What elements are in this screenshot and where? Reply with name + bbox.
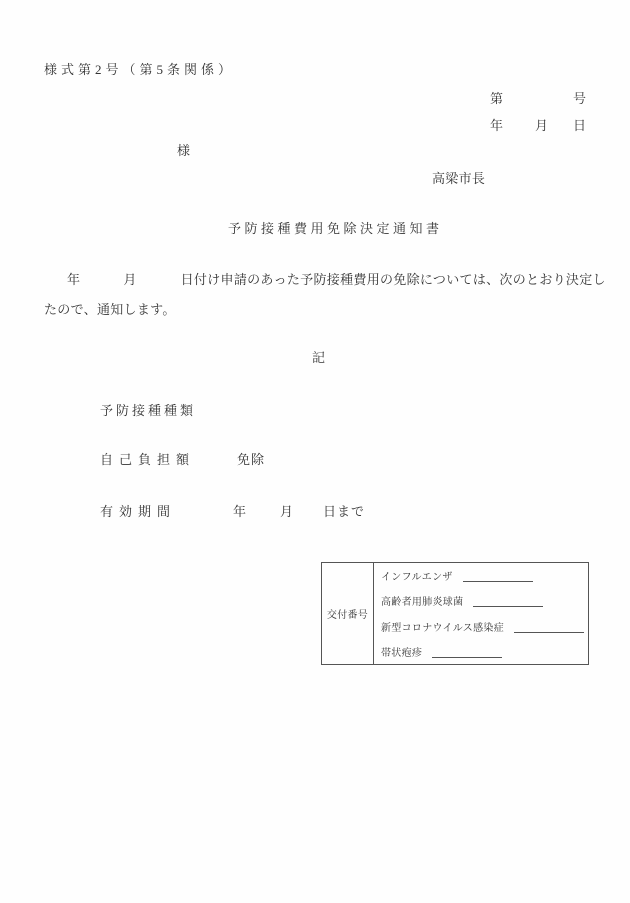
document-title: 予防接種費用免除決定通知書 — [228, 222, 443, 237]
vaccine-list-cell: インフルエンザ 高齢者用肺炎球菌 新型コロナウイルス感染症 帯状疱疹 — [374, 563, 588, 664]
vaccine-type-label: 予防接種種類 — [100, 404, 196, 419]
date-month-label: 月 — [535, 119, 549, 134]
vaccine-name-influenza: インフルエンザ — [381, 568, 453, 583]
issue-number-label: 交付番号 — [327, 606, 368, 621]
vaccine-row-pneumococcal: 高齢者用肺炎球菌 — [381, 588, 588, 613]
form-number-label: 様式第2号（第5条関係） — [44, 63, 235, 78]
body-year-blank — [80, 283, 123, 284]
validity-day-label: 日まで — [323, 505, 365, 520]
body-month-label: 月 — [123, 272, 136, 287]
date-day-label: 日 — [573, 119, 587, 134]
fill-in-blank-influenza — [463, 569, 533, 582]
vaccine-name-shingles: 帯状疱疹 — [381, 644, 422, 659]
body-text-line2: たので、通知します。 — [44, 303, 176, 318]
doc-number-prefix-label: 第 — [490, 92, 504, 107]
fill-in-blank-covid19 — [514, 620, 584, 633]
sender-name: 高梁市長 — [432, 172, 485, 187]
section-marker: 記 — [312, 351, 326, 366]
copayment-label: 自己負担額 — [100, 453, 195, 468]
document-page: 様式第2号（第5条関係） 第 号 年 月 日 様 高梁市長 予防接種費用免除決定… — [0, 0, 630, 903]
doc-number-suffix-label: 号 — [573, 92, 587, 107]
validity-label: 有効期間 — [100, 505, 176, 520]
body-year-label: 年 — [67, 272, 80, 287]
fill-in-blank-pneumococcal — [473, 594, 543, 607]
addressee-honorific: 様 — [177, 144, 191, 159]
validity-month-label: 月 — [280, 505, 294, 520]
vaccine-row-covid19: 新型コロナウイルス感染症 — [381, 614, 588, 639]
copayment-value: 免除 — [237, 453, 265, 468]
issue-number-table: 交付番号 インフルエンザ 高齢者用肺炎球菌 新型コロナウイルス感染症 帯状疱疹 — [321, 562, 589, 665]
body-month-blank — [137, 283, 181, 284]
vaccine-name-pneumococcal: 高齢者用肺炎球菌 — [381, 593, 463, 608]
validity-year-label: 年 — [233, 505, 247, 520]
vaccine-row-shingles: 帯状疱疹 — [381, 639, 588, 664]
body-text-rest: 日付け申請のあった予防接種費用の免除については、次のとおり決定し — [181, 272, 606, 287]
issue-number-header-cell: 交付番号 — [322, 563, 374, 664]
date-year-label: 年 — [490, 119, 504, 134]
fill-in-blank-shingles — [432, 645, 502, 658]
body-text-line1: 年月日付け申請のあった予防接種費用の免除については、次のとおり決定し — [67, 273, 606, 288]
vaccine-row-influenza: インフルエンザ — [381, 563, 588, 588]
vaccine-name-covid19: 新型コロナウイルス感染症 — [381, 619, 504, 634]
